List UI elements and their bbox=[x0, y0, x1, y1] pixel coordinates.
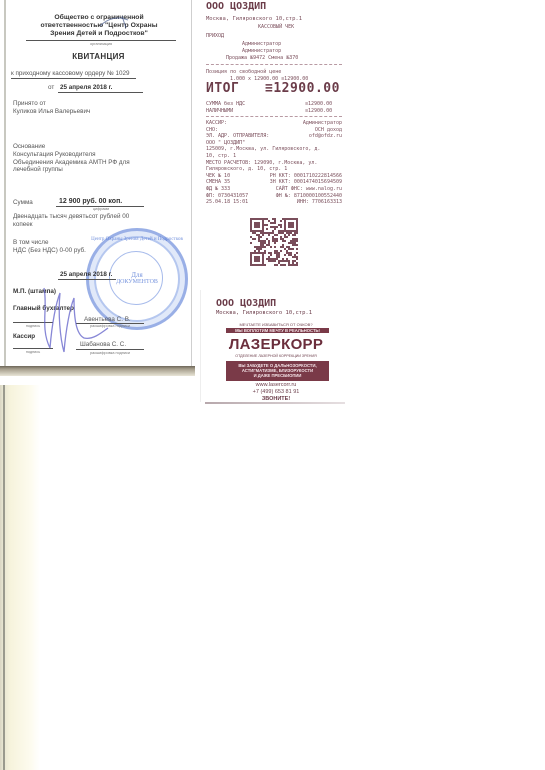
operator-line: Администратор bbox=[242, 41, 281, 47]
sum-in-words: Двенадцать тысяч девятьсот рублей 00 коп… bbox=[13, 213, 163, 228]
scan-edge bbox=[0, 385, 40, 770]
fiscal-detail-left: ЭЛ. АДР. ОТПРАВИТЕЛЯ: bbox=[206, 133, 269, 139]
basis-line: лечебной группы bbox=[13, 166, 163, 174]
fiscal-detail-left: МЕСТО РАСЧЕТОВ: 129090, г.Москва, ул. bbox=[206, 160, 317, 166]
ad-address: Москва, Гиляровского 10,стр.1 bbox=[216, 310, 312, 316]
band-line: И ДАЖЕ ПРЕСБИОПИИ bbox=[226, 373, 329, 378]
basis-text: Консультация Руководителя Объединения Ак… bbox=[13, 151, 163, 174]
fiscal-detail-left: ООО " ЦОЗДИП" bbox=[206, 140, 245, 146]
ad-website: www.lasercorr.ru bbox=[201, 382, 351, 388]
fiscal-detail-left: СНО: bbox=[206, 127, 218, 133]
vat-line: НДС (Без НДС) 0-00 руб. bbox=[13, 247, 86, 254]
fiscal-detail-left: СМЕНА 35 bbox=[206, 179, 230, 185]
divider bbox=[58, 92, 143, 93]
document-title: КВИТАНЦИЯ bbox=[6, 52, 191, 61]
ad-company: ООО ЦОЗДИП bbox=[216, 298, 276, 309]
sale-shift: Продажа №9472 Смена №370 bbox=[226, 55, 298, 61]
fiscal-detail-right: ofd@ofdz.ru bbox=[309, 133, 342, 139]
including-label: В том числе bbox=[13, 239, 48, 246]
fiscal-detail-left: КАССИР: bbox=[206, 120, 227, 126]
cheque-address: Москва, Гиляровского 10,стр.1 bbox=[206, 16, 302, 22]
fiscal-detail-right: ОСН доход bbox=[315, 127, 342, 133]
stamp-ring-text: Центр Охраны Зрения Детей и Подростков bbox=[89, 237, 185, 242]
org-caption: организация bbox=[26, 42, 176, 46]
advertising-receipt: ООО ЦОЗДИП Москва, Гиляровского 10,стр.1… bbox=[200, 290, 351, 402]
dashed-separator bbox=[206, 116, 342, 117]
fiscal-detail-left: ЧЕК № 10 bbox=[206, 173, 230, 179]
cheque-company: ООО ЦОЗДИП bbox=[206, 4, 266, 10]
fiscal-detail-right: ФН №: 8710000100552440 bbox=[276, 193, 342, 199]
ad-brand-subtitle: ОТДЕЛЕНИЕ ЛАЗЕРНОЙ КОРРЕКЦИИ ЗРЕНИЯ bbox=[201, 354, 351, 358]
fiscal-detail-right: ИНН: 7706163313 bbox=[297, 199, 342, 205]
handwritten-signature bbox=[34, 268, 114, 358]
sum-words-line: копеек bbox=[13, 221, 163, 229]
cashier-label: Кассир bbox=[13, 333, 35, 340]
sum-words-line: Двенадцать тысяч девятьсот рублей 00 bbox=[13, 213, 163, 221]
sum-label: Сумма bbox=[13, 199, 33, 206]
ad-phone: +7 (499) 653 81 91 bbox=[201, 389, 351, 395]
cash-value: ≡12900.00 bbox=[305, 108, 332, 114]
receipt-date: 25 апреля 2018 г. bbox=[60, 84, 112, 91]
operator-line: Администратор bbox=[242, 48, 281, 54]
torn-edge bbox=[205, 402, 345, 404]
scan-shadow bbox=[0, 366, 195, 376]
received-from-label: Принято от bbox=[13, 100, 46, 107]
ad-band-bottom: ВЫ ЗАБУДЕТЕ О ДАЛЬНОЗОРКОСТИ, АСТИГМАТИЗ… bbox=[226, 361, 329, 381]
fiscal-detail-left: 10, стр. 1 bbox=[206, 153, 236, 159]
fiscal-detail-left: 25.04.18 15:01 bbox=[206, 199, 248, 205]
dashed-separator bbox=[206, 64, 342, 65]
operation-type: ПРИХОД bbox=[206, 33, 224, 39]
fiscal-detail-left: ФП: 0730431057 bbox=[206, 193, 248, 199]
ad-tagline: МЕЧТАЕТЕ ИЗБАВИТЬСЯ ОТ ОЧКОВ? bbox=[201, 322, 351, 327]
basis-line: Объединения Академика АМТН РФ для bbox=[13, 159, 163, 167]
total-value: ≡12900.00 bbox=[265, 86, 340, 92]
cash-label: НАЛИЧНЫМИ bbox=[206, 108, 233, 114]
sum-value: 12 900 руб. 00 коп. bbox=[59, 198, 122, 205]
fiscal-detail-right: РН ККТ: 0001710222814566 bbox=[270, 173, 342, 179]
fiscal-detail-left: 125009, г.Москва, ул. Гиляровского, д. bbox=[206, 146, 320, 152]
total-label: ИТОГ bbox=[206, 86, 239, 92]
qr-code bbox=[250, 218, 298, 266]
divider bbox=[26, 40, 176, 41]
fiscal-detail-right: Администратор bbox=[303, 120, 342, 126]
receipt-type: КАССОВЫЙ ЧЕК bbox=[258, 24, 294, 30]
fiscal-detail-right: ЗН ККТ: 0001474015694509 bbox=[270, 179, 342, 185]
no-vat-value: ≡12900.00 bbox=[305, 101, 332, 107]
ad-band-top: МЫ ВОПЛОТИМ МЕЧТУ В РЕАЛЬНОСТЬ! bbox=[226, 328, 329, 333]
cash-register-receipt: ООО ЦОЗДИП Москва, Гиляровского 10,стр.1… bbox=[200, 0, 350, 280]
item-name: Позиция по свободной цене bbox=[206, 69, 281, 75]
received-from-name: Куликов Илья Валерьевич bbox=[13, 108, 90, 115]
ad-brand: ЛАЗЕРКОРР bbox=[201, 336, 351, 353]
no-vat-label: СУММА без НДС bbox=[206, 101, 245, 107]
sum-caption: цифрами bbox=[86, 207, 116, 211]
org-line: Зрения Детей и Подростков" bbox=[24, 30, 174, 38]
basis-line: Консультация Руководителя bbox=[13, 151, 163, 159]
basis-label: Основание bbox=[13, 143, 45, 150]
cash-receipt-kvitantsiya: Общество с ограниченной ответственностью… bbox=[4, 0, 192, 366]
date-prefix: от bbox=[48, 84, 54, 91]
fiscal-detail-right: САЙТ ФНС: www.nalog.ru bbox=[276, 186, 342, 192]
fiscal-detail-left: ФД № 333 bbox=[206, 186, 230, 192]
order-reference: к приходному кассовому ордеру № 1029 bbox=[11, 70, 130, 77]
pen-mark bbox=[98, 14, 138, 30]
divider bbox=[11, 78, 136, 79]
fiscal-detail-left: Гиляровского, д. 10, стр. 1 bbox=[206, 166, 287, 172]
